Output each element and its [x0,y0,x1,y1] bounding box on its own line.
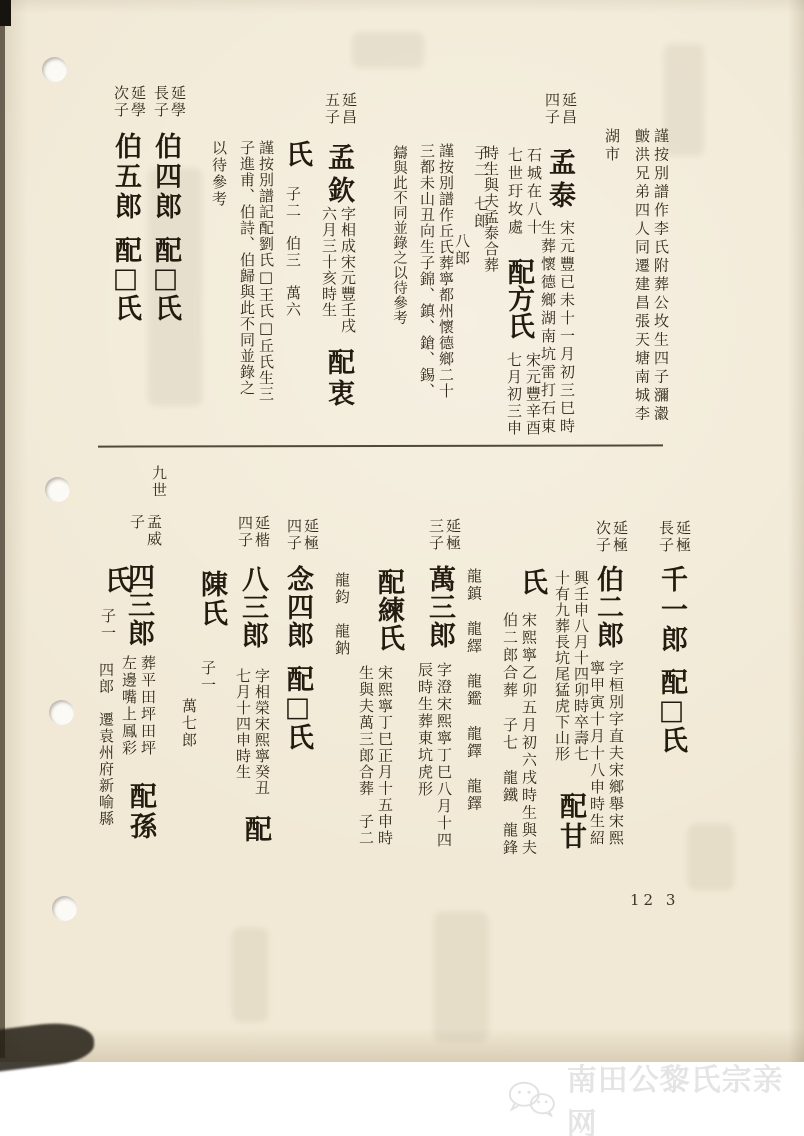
son-rank: 次子 [594,520,611,554]
son-rank: 次子 [112,85,129,119]
son-rank: 長子 [152,85,169,119]
spouse-name-continuation: 陳氏 [192,570,231,628]
entry-header: 孟威 子 [126,514,162,548]
person-name: 伯二郎 [588,565,627,649]
scanned-genealogy-page: 謹按別譜作李氏附葬公坆生四子瀰瀫 皽洪兄弟四人同遷建昌張天塘南城李 湖市 延昌 … [0,0,804,1136]
note-column: 生與夫萬三郎合葬 子二 [356,665,375,847]
person-name: 伯四郎 [146,132,185,222]
editor-note-continuation: 以待參考 [209,140,230,208]
generation-marker: 九世 [149,465,170,499]
person-name: 孟泰 [540,148,579,214]
page-number: 12 3 [630,891,679,909]
person-name: 萬三郎 [420,565,459,649]
father-name: 延楷 [253,515,270,549]
note-column: 字相榮宋熙寧癸丑 [252,668,271,796]
note-column: 七世玗坆處 [505,147,524,237]
watermark-site-name: 南田公黎氏宗亲网 [567,1055,804,1136]
editor-note-continuation: 鑄與此不同並錄之以待參考 [389,145,410,325]
punch-hole [52,896,77,921]
spouse-note-and-sons: 宋熙寧丁巳正月十五申時 生與夫萬三郎合葬 子二 [356,665,394,847]
entry-header: 延極 四子 [283,518,319,552]
person-name: 念四郎 [278,565,317,649]
father-name: 延極 [611,520,628,554]
bleed-through-smudge [352,32,424,68]
entry-header: 延楷 四子 [234,515,270,549]
spouse-name: 配□氏 [652,668,691,753]
note-column: 七月十四申時生 [233,668,252,796]
spouse-name-continuation: 氏 [277,140,316,170]
note-column: 皽洪兄弟四人同遷建昌張天塘南城李 [632,128,651,424]
note-column: 十有九葬長坑尾猛虎下山形 [552,570,571,762]
migration-note: 四郎 遷袁州府新喻縣 [96,662,117,827]
birth-note: 宋元豐已未十一月初三巳時 生葬懷德鄉湖南坑雷打石東 [536,220,576,436]
sons-list: 子一 萬七郎 [183,660,217,749]
death-note: 興壬申八月十四卯時卒壽七 十有九葬長坑尾猛虎下山形 [550,570,590,762]
son-rank: 四子 [285,518,302,552]
editor-note: 謹按別譜記配劉氏□王氏□丘氏生三 子進甫、伯詩、伯歸與此不同並錄之 [239,140,275,402]
note-column: 三都未山丑向生子錦、鎮、鎗、錫、 [417,143,436,399]
father-name: 延學 [169,85,186,119]
spouse-name: 配□氏 [278,665,317,750]
spouse-name: 配□氏 [146,236,185,321]
sons-list-continuation: 龍鈞 龍鈉 [332,572,353,657]
punch-hole [49,700,74,725]
father-name: 延極 [674,520,691,554]
note-column: 謹按別譜作丘氏葬寧都州懷德鄉二十 [436,143,455,399]
note-column: 伯二郎合葬 子七 龍鐵 龍鋒 [500,612,519,857]
scan-edge-strip [0,0,5,1058]
father-name: 延極 [444,518,461,552]
note-column: 七月初三申 [504,352,523,437]
wechat-icon [506,1079,558,1119]
son-rank: 子 [128,514,145,548]
spouse-note-and-sons: 宋熙寧乙卯五月初六戌時生與夫 伯二郎合葬 子七 龍鐵 龍鋒 [500,612,538,857]
person-name: 孟欽 [319,143,358,209]
note-column: 字桓別字直夫宋鄉舉宋熙 [606,660,625,847]
son-rank: 四子 [236,515,253,549]
note-column: 字相成宋元豐壬戌 [338,206,357,334]
son-rank: 五子 [323,92,340,126]
bleed-through-smudge [664,44,704,156]
spouse-name: 配甘 [551,792,590,852]
note-column: 辰時生葬東坑虎形 [415,662,434,849]
sons-column: 子二 七郎 [471,145,490,267]
editor-note: 謹按別譜作丘氏葬寧都州懷德鄉二十 三都未山丑向生子錦、鎮、鎗、錫、 [419,143,455,399]
scan-corner-mark [0,0,11,26]
note-column: 宋熙寧乙卯五月初六戌時生與夫 [519,612,538,857]
note-column: 左邊嘴上鳳彩 [119,655,138,757]
sons-list: 子二 伯三 萬六 [283,186,304,318]
birth-note: 字桓別字直夫宋鄉舉宋熙 寧甲寅十月十八申時生紹 [585,660,625,847]
note-column: 謹按別譜作李氏附葬公坆生四子瀰瀫 [651,128,670,424]
entry-header: 延極 長子 [655,520,691,554]
person-name: 八三郎 [233,565,272,649]
sons-column: 子一 [198,660,217,749]
son-rank: 三子 [427,518,444,552]
spouse-name: 配練氏 [369,568,408,652]
punch-hole [42,57,67,82]
note-column: 石城在八十 [524,147,543,237]
note-column: 字澄宋熙寧丁巳八月十四 [434,662,453,849]
entry-header: 延極 三子 [425,518,461,552]
spouse-name: 配 [236,815,275,845]
burial-note: 葬平田坪田坪 左邊嘴上鳳彩 [117,655,157,757]
person-name: 伯五郎 [106,132,145,222]
person-name: 千一郎 [652,565,691,655]
sons-list-continuation: 龍鎮 龍繹 龍鑑 龍鐸 龍鐸 [464,568,485,813]
entry-header: 延昌 五子 [321,92,357,126]
sons-list: 子一 [98,608,119,642]
punch-hole [45,477,70,502]
spouse-name-continuation: 氏 [512,568,551,598]
sons-list: 子二 七郎 八郎 [452,145,490,267]
son-rank: 四子 [543,92,560,126]
note-column: 宋元豐已未十一月初三巳時 [557,220,576,436]
birth-note: 字相榮宋熙寧癸丑 七月十四申時生 [231,668,271,796]
note-column: 宋元豐辛酉 [523,352,542,437]
entry-header: 延學 長子 [150,85,186,119]
note-column: 葬平田坪田坪 [138,655,157,757]
burial-note: 石城在八十 七世玗坆處 [503,147,543,237]
spouse-name-continuation: 氏 [96,566,135,596]
son-rank: 長子 [657,520,674,554]
entry-header: 延極 次子 [592,520,628,554]
father-name: 延昌 [560,92,577,126]
spouse-name: 配□氏 [106,236,145,321]
birth-note: 字相成宋元豐壬戌 六月三十亥時生 [317,206,357,334]
bleed-through-smudge [232,928,268,1022]
father-name: 孟威 [145,514,162,548]
note-column: 興壬申八月十四卯時卒壽七 [571,570,590,762]
upper-intro-note: 謹按別譜作李氏附葬公坆生四子瀰瀫 皽洪兄弟四人同遷建昌張天塘南城李 [630,128,670,424]
father-name: 延極 [302,518,319,552]
entry-header: 延昌 四子 [541,92,577,126]
watermark: 南田公黎氏宗亲网 [506,1078,804,1120]
spouse-name: 配方氏 [499,258,538,339]
father-name: 延昌 [340,92,357,126]
bleed-through-smudge [434,912,488,1042]
birth-note: 字澄宋熙寧丁巳八月十四 辰時生葬東坑虎形 [413,662,453,849]
note-column: 子進甫、伯詩、伯歸與此不同並錄之 [237,140,256,402]
note-column: 宋熙寧丁巳正月十五申時 [375,665,394,847]
spouse-name: 配孫 [121,782,160,842]
note-column: 六月三十亥時生 [319,206,338,334]
upper-intro-note-continuation: 湖市 [602,128,623,164]
spouse-birth-note: 宋元豐辛酉 七月初三申 [502,352,542,437]
bleed-through-smudge [688,824,734,890]
entry-header: 延學 次子 [110,85,146,119]
father-name: 延學 [129,85,146,119]
spouse-name: 配衷 [319,348,358,410]
note-column: 謹按別譜記配劉氏□王氏□丘氏生三 [256,140,275,402]
sons-column: 萬七郎 [179,660,198,749]
